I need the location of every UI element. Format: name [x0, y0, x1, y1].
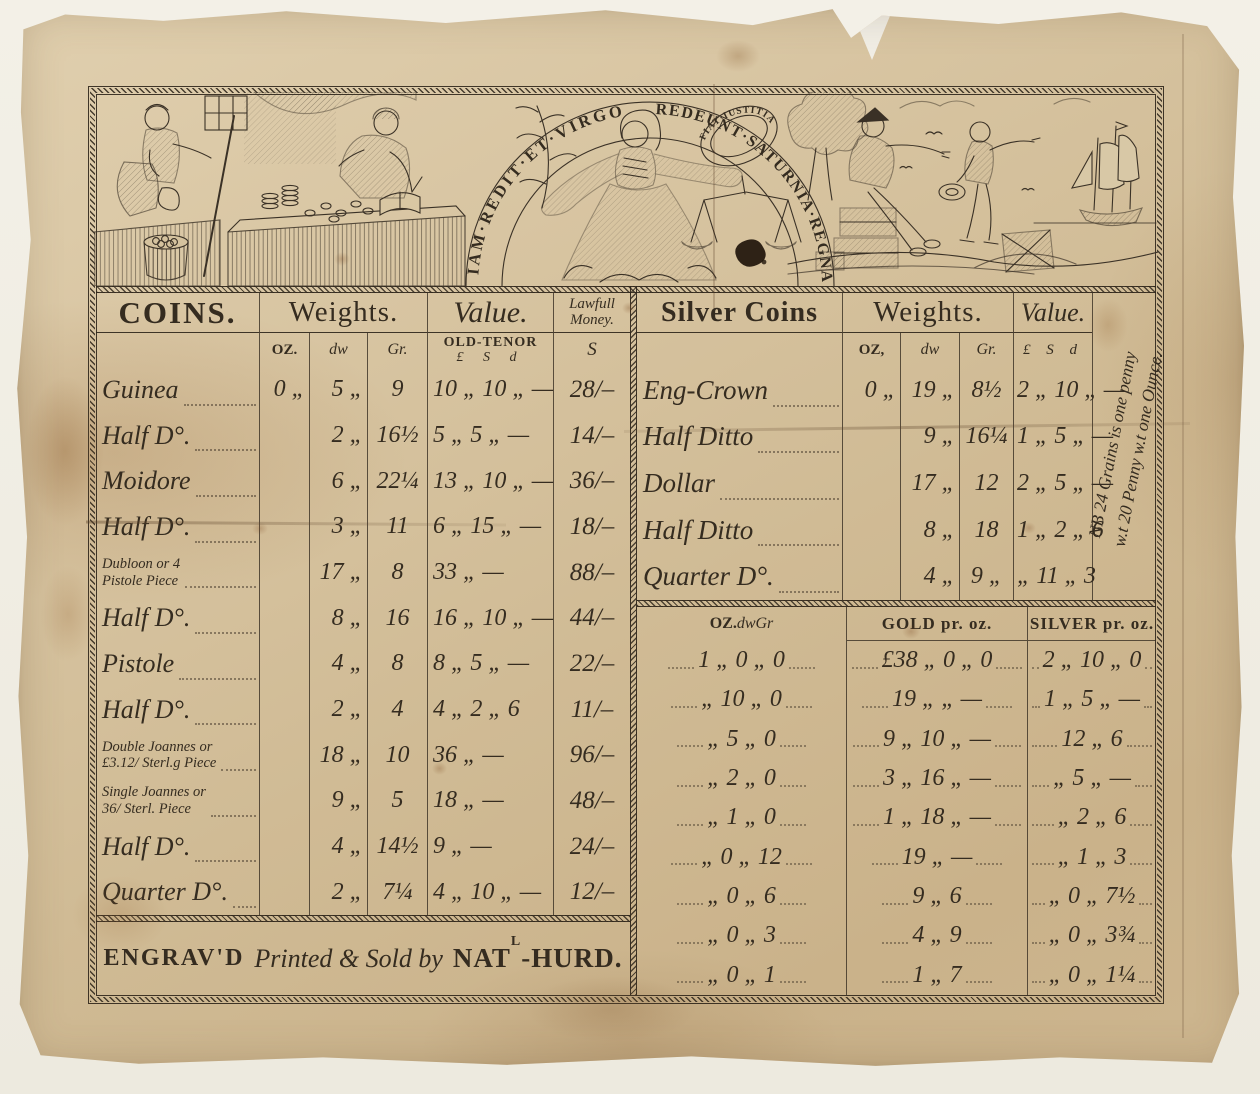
- gr-cell: 14½: [368, 824, 428, 870]
- dotted-leader: [195, 449, 256, 451]
- coin-name: Half D°.: [102, 697, 190, 723]
- oz-column-label: OZ,: [843, 333, 901, 367]
- dw-cell: 8 „: [310, 595, 368, 641]
- table-row: Half D°. 8 „ 16 16 „ 10 „ — 44/–: [96, 595, 630, 641]
- value-cell: 4 „ 10 „ —: [428, 869, 554, 915]
- oz-cell: 0 „: [843, 367, 901, 414]
- ship-icon: [1034, 122, 1156, 226]
- table-row: Half D°. 3 „ 11 6 „ 15 „ — 18/–: [96, 504, 630, 550]
- counting-table: [228, 185, 465, 286]
- dw-cell: 17 „: [901, 460, 960, 507]
- weight-columns-header: OZ. dw Gr: [637, 607, 847, 641]
- gr-cell: 18: [960, 507, 1014, 554]
- gr-cell: 16: [368, 595, 428, 641]
- oz-cell: [260, 732, 310, 778]
- shilling-mark: S: [554, 333, 630, 367]
- dw-cell: 17 „: [310, 550, 368, 596]
- gold-price-cell: 9 „ 10 „ —: [847, 720, 1028, 759]
- old-tenor-label: OLD-TENOR £ S d: [428, 333, 554, 367]
- table-row: „ 1 „ 0 1 „ 18 „ — „ 2 „ 6: [637, 798, 1156, 837]
- gr-column-label: Gr: [756, 615, 774, 633]
- weight-cell: „ 10 „ 0: [637, 680, 847, 719]
- coin-name-line2: 36/ Sterl. Piece: [102, 801, 206, 818]
- coin-name-cell: Quarter D°.: [637, 553, 843, 600]
- dotted-leader: [185, 586, 256, 588]
- dotted-leader: [773, 405, 839, 407]
- merchant-scene: [94, 92, 465, 286]
- divider-under-scene: [96, 286, 1156, 293]
- imprint-engraved: ENGRAV'D: [103, 945, 244, 972]
- gr-cell: 7¼: [368, 869, 428, 915]
- arch-scene: [466, 95, 834, 286]
- gold-price-cell: 1 „ 7: [847, 956, 1028, 995]
- table-row: „ 0 „ 6 9 „ 6 „ 0 „ 7½: [637, 877, 1156, 916]
- dw-cell: 2 „: [310, 869, 368, 915]
- gold-price-cell: 19 „ „ —: [847, 680, 1028, 719]
- coin-name-cell: Dollar: [637, 460, 843, 507]
- gr-cell: 11: [368, 504, 428, 550]
- table-row: Quarter D°. 2 „ 7¼ 4 „ 10 „ — 12/–: [96, 869, 630, 915]
- paper-sheet: IAM·REDIT·ET·VIRGO REDEUNT·SATURNIA·REGN…: [16, 6, 1244, 1068]
- lawfull-money-cell: 11/–: [554, 687, 630, 733]
- weight-cell: „ 5 „ 0: [637, 720, 847, 759]
- gold-price-cell: 19 „ —: [847, 838, 1028, 877]
- dotted-leader: [195, 723, 256, 725]
- coin-name: Pistole: [102, 651, 174, 677]
- lawfull-money-cell: 36/–: [554, 458, 630, 504]
- coin-stacks: [262, 185, 298, 208]
- lawfull-money-cell: 14/–: [554, 413, 630, 459]
- table-row: 1 „ 0 „ 0 £38 „ 0 „ 0 2 „ 10 „ 0: [637, 641, 1156, 680]
- dw-cell: 4 „: [310, 641, 368, 687]
- gr-cell: 9: [368, 367, 428, 413]
- gr-cell: 9 „: [960, 553, 1014, 600]
- lawfull-line1: Lawfull: [569, 297, 615, 313]
- oz-cell: [260, 504, 310, 550]
- table-row: Half D°. 2 „ 4 4 „ 2 „ 6 11/–: [96, 687, 630, 733]
- silver-table-header: Silver Coins Weights. Value.: [637, 293, 1092, 333]
- gr-cell: 12: [960, 460, 1014, 507]
- table-row: Half Ditto 9 „ 16¼ 1 „ 5 „ —: [637, 414, 1092, 461]
- oz-cell: [843, 553, 901, 600]
- dotted-leader: [179, 678, 256, 680]
- value-cell: 9 „ —: [428, 824, 554, 870]
- coin-name: Eng-Crown: [643, 375, 768, 406]
- value-cell: 33 „ —: [428, 550, 554, 596]
- gr-cell: 10: [368, 732, 428, 778]
- scan-backdrop: IAM·REDIT·ET·VIRGO REDEUNT·SATURNIA·REGN…: [0, 0, 1260, 1094]
- paper-tear: [844, 6, 894, 60]
- oz-cell: [260, 458, 310, 504]
- dw-column-label: dw: [901, 333, 960, 367]
- coin-name: Double Joannes or: [102, 739, 216, 756]
- value-cell: 8 „ 5 „ —: [428, 641, 554, 687]
- gold-coins-table: COINS. Weights. Value. Lawfull Money. OZ…: [96, 293, 630, 915]
- silver-value-header: Value.: [1014, 293, 1092, 333]
- coin-name-cell: Quarter D°.: [96, 869, 260, 915]
- table-row: Half D°. 4 „ 14½ 9 „ — 24/–: [96, 824, 630, 870]
- coin-name-line2: Pistole Piece: [102, 573, 180, 590]
- dw-cell: 3 „: [310, 504, 368, 550]
- oz-cell: [260, 550, 310, 596]
- dw-cell: 9 „: [310, 778, 368, 824]
- table-row: „ 10 „ 0 19 „ „ — 1 „ 5 „ —: [637, 680, 1156, 719]
- lawfull-money-cell: 48/–: [554, 778, 630, 824]
- clerk-figure: [339, 108, 422, 198]
- imprint-name-pre: NAT: [453, 943, 511, 973]
- scales-icon: [682, 176, 801, 249]
- price-table-header: OZ. dw Gr GOLD pr. oz. SILVER pr. oz.: [637, 607, 1156, 641]
- oz-cell: [260, 413, 310, 459]
- table-row: Guinea 0 „ 5 „ 9 10 „ 10 „ — 28/–: [96, 367, 630, 413]
- oz-cell: [843, 460, 901, 507]
- money-bag: [158, 188, 179, 210]
- table-row: Half Ditto 8 „ 18 1 „ 2 „ 6: [637, 507, 1092, 554]
- dw-cell: 4 „: [901, 553, 960, 600]
- coin-barrel: [144, 235, 188, 280]
- coin-name-cell: Half Ditto: [637, 507, 843, 554]
- value-header: Value.: [428, 293, 554, 333]
- lawfull-money-cell: 96/–: [554, 732, 630, 778]
- table-row: Eng-Crown 0 „ 19 „ 8½ 2 „ 10 „ —: [637, 367, 1092, 414]
- weight-cell: 1 „ 0 „ 0: [637, 641, 847, 680]
- weight-cell: „ 2 „ 0: [637, 759, 847, 798]
- table-row: Moidore 6 „ 22¼ 13 „ 10 „ — 36/–: [96, 458, 630, 504]
- weight-cell: „ 0 „ 1: [637, 956, 847, 995]
- table-row: „ 0 „ 1 1 „ 7 „ 0 „ 1¼: [637, 956, 1156, 995]
- coin-name: Guinea: [102, 377, 179, 403]
- oz-cell: 0 „: [260, 367, 310, 413]
- table-row: Half D°. 2 „ 16½ 5 „ 5 „ — 14/–: [96, 413, 630, 459]
- lawfull-money-cell: 44/–: [554, 595, 630, 641]
- coin-name-cell: Moidore: [96, 458, 260, 504]
- coin-name: Single Joannes or: [102, 784, 206, 801]
- table-row: Double Joannes or£3.12/ Sterl.g Piece 18…: [96, 732, 630, 778]
- oz-cell: [260, 687, 310, 733]
- weight-cell: „ 0 „ 3: [637, 916, 847, 955]
- table-row: Dubloon or 4Pistole Piece 17 „ 8 33 „ — …: [96, 550, 630, 596]
- dw-cell: 19 „: [901, 367, 960, 414]
- oz-cell: [260, 824, 310, 870]
- oz-cell: [260, 595, 310, 641]
- silver-price-cell: 12 „ 6: [1028, 720, 1156, 759]
- dw-cell: 5 „: [310, 367, 368, 413]
- coins-title: COINS.: [96, 293, 260, 333]
- coin-name-cell: Double Joannes or£3.12/ Sterl.g Piece: [96, 732, 260, 778]
- coin-name: Dollar: [643, 468, 715, 499]
- coin-name-cell: Half Ditto: [637, 414, 843, 461]
- gr-cell: 22¼: [368, 458, 428, 504]
- silver-price-cell: „ 0 „ 7½: [1028, 877, 1156, 916]
- gold-table-subheader: OZ. dw Gr. OLD-TENOR £ S d S: [96, 333, 630, 367]
- imprint-name-post: -HURD.: [521, 943, 622, 973]
- dw-cell: 18 „: [310, 732, 368, 778]
- value-cell: 1 „ 5 „ —: [1014, 414, 1092, 461]
- grains-note-column: NB 24 Grains is one penny w.t 20 Penny w…: [1092, 293, 1156, 600]
- divider-above-imprint: [96, 915, 630, 922]
- coin-name: Quarter D°.: [102, 879, 228, 905]
- weight-cell: „ 0 „ 12: [637, 838, 847, 877]
- weight-cell: „ 1 „ 0: [637, 798, 847, 837]
- coin-name-cell: Guinea: [96, 367, 260, 413]
- coin-name-line2: £3.12/ Sterl.g Piece: [102, 755, 216, 772]
- subheader-spacer: [96, 333, 260, 367]
- dw-cell: 2 „: [310, 687, 368, 733]
- coin-name-cell: Half D°.: [96, 595, 260, 641]
- dw-cell: 6 „: [310, 458, 368, 504]
- gr-column-label: Gr.: [368, 333, 428, 367]
- silver-price-cell: „ 2 „ 6: [1028, 798, 1156, 837]
- imprint-name: NATL-HURD.: [453, 943, 623, 974]
- gr-cell: 8: [368, 641, 428, 687]
- silver-table-subheader: OZ, dw Gr. £ S d: [637, 333, 1092, 367]
- gr-cell: 16¼: [960, 414, 1014, 461]
- loose-coins: [305, 201, 373, 222]
- hat: [939, 184, 965, 200]
- silver-price-cell: 1 „ 5 „ —: [1028, 680, 1156, 719]
- coin-name-cell: Half D°.: [96, 413, 260, 459]
- oz-cell: [260, 778, 310, 824]
- value-cell: 4 „ 2 „ 6: [428, 687, 554, 733]
- silver-price-cell: „ 0 „ 1¼: [1028, 956, 1156, 995]
- oz-cell: [843, 414, 901, 461]
- value-cell: 18 „ —: [428, 778, 554, 824]
- dotted-leader: [195, 541, 256, 543]
- dotted-leader: [758, 451, 839, 453]
- gold-price-header: GOLD pr. oz.: [847, 607, 1028, 641]
- gr-cell: 4: [368, 687, 428, 733]
- price-per-ounce-table: OZ. dw Gr GOLD pr. oz. SILVER pr. oz. 1 …: [637, 607, 1156, 995]
- value-cell: 16 „ 10 „ —: [428, 595, 554, 641]
- dw-cell: 2 „: [310, 413, 368, 459]
- lawfull-money-cell: 88/–: [554, 550, 630, 596]
- table-row: „ 0 „ 12 19 „ — „ 1 „ 3: [637, 838, 1156, 877]
- oz-column-label: OZ.: [260, 333, 310, 367]
- gold-price-cell: 3 „ 16 „ —: [847, 759, 1028, 798]
- divider-center-vertical: [630, 286, 637, 995]
- weight-cell: „ 0 „ 6: [637, 877, 847, 916]
- coin-name: Half Ditto: [643, 515, 753, 546]
- gold-price-cell: 1 „ 18 „ —: [847, 798, 1028, 837]
- engraver-imprint: ENGRAV'D Printed & Sold by NATL-HURD.: [96, 922, 630, 995]
- coin-name: Quarter D°.: [643, 561, 774, 592]
- gr-cell: 16½: [368, 413, 428, 459]
- subheader-spacer: [637, 333, 843, 367]
- silver-coins-title: Silver Coins: [637, 293, 843, 333]
- cargo-bale: [1002, 230, 1054, 272]
- table-row: Quarter D°. 4 „ 9 „ „ 11 „ 3: [637, 553, 1092, 600]
- gold-price-cell: £38 „ 0 „ 0: [847, 641, 1028, 680]
- dotted-leader: [779, 591, 839, 593]
- trade-scene: [788, 92, 1158, 274]
- dotted-leader: [233, 906, 256, 908]
- dw-cell: 8 „: [901, 507, 960, 554]
- oz-cell: [260, 869, 310, 915]
- sailor-boy: [939, 122, 1040, 244]
- silver-price-cell: „ 1 „ 3: [1028, 838, 1156, 877]
- table-row: „ 5 „ 0 9 „ 10 „ — 12 „ 6: [637, 720, 1156, 759]
- coin-name-cell: Half D°.: [96, 504, 260, 550]
- silver-price-header: SILVER pr. oz.: [1028, 607, 1156, 641]
- stain: [716, 40, 760, 72]
- coin-name-cell: Half D°.: [96, 687, 260, 733]
- silver-table-body: Eng-Crown 0 „ 19 „ 8½ 2 „ 10 „ — Half Di…: [637, 367, 1092, 600]
- gr-cell: 8: [368, 550, 428, 596]
- gr-column-label: Gr.: [960, 333, 1014, 367]
- lawfull-money-cell: 22/–: [554, 641, 630, 687]
- value-cell: 2 „ 10 „ —: [1014, 367, 1092, 414]
- gold-table-body: Guinea 0 „ 5 „ 9 10 „ 10 „ — 28/–: [96, 367, 630, 915]
- silver-price-cell: „ 5 „ —: [1028, 759, 1156, 798]
- gr-cell: 5: [368, 778, 428, 824]
- dotted-leader: [758, 544, 839, 546]
- silver-price-cell: „ 0 „ 3¾: [1028, 916, 1156, 955]
- gold-table-header: COINS. Weights. Value. Lawfull Money.: [96, 293, 630, 333]
- gr-cell: 8½: [960, 367, 1014, 414]
- dotted-leader: [195, 860, 256, 862]
- gold-price-cell: 9 „ 6: [847, 877, 1028, 916]
- imprint-name-superscript: L: [511, 934, 521, 949]
- table-row: „ 2 „ 0 3 „ 16 „ — „ 5 „ —: [637, 759, 1156, 798]
- oz-cell: [843, 507, 901, 554]
- coin-name: Half D°.: [102, 514, 190, 540]
- coin-name: Moidore: [102, 468, 191, 494]
- coin-name-cell: Single Joannes or36/ Sterl. Piece: [96, 778, 260, 824]
- imprint-script: Printed & Sold by: [254, 944, 442, 974]
- dw-cell: 9 „: [901, 414, 960, 461]
- coin-name-cell: Eng-Crown: [637, 367, 843, 414]
- quill-pen: [412, 177, 422, 192]
- silver-price-cell: 2 „ 10 „ 0: [1028, 641, 1156, 680]
- engraved-plate: IAM·REDIT·ET·VIRGO REDEUNT·SATURNIA·REGN…: [88, 86, 1164, 1004]
- dotted-leader: [196, 495, 256, 497]
- dotted-leader: [221, 769, 256, 771]
- value-cell: 13 „ 10 „ —: [428, 458, 554, 504]
- table-row: Dollar 17 „ 12 2 „ 5 „ —: [637, 460, 1092, 507]
- coin-name: Dubloon or 4: [102, 556, 180, 573]
- value-cell: 5 „ 5 „ —: [428, 413, 554, 459]
- dw-column-label: dw: [310, 333, 368, 367]
- silver-weights-header: Weights.: [843, 293, 1014, 333]
- old-tenor-text: OLD-TENOR: [444, 336, 538, 350]
- lawfull-money-cell: 12/–: [554, 869, 630, 915]
- lsd-label: £ S d: [1014, 334, 1092, 367]
- table-row: Single Joannes or36/ Sterl. Piece 9 „ 5 …: [96, 778, 630, 824]
- table-row: „ 0 „ 3 4 „ 9 „ 0 „ 3¾: [637, 916, 1156, 955]
- oz-column-label: OZ.: [710, 615, 737, 633]
- dw-cell: 4 „: [310, 824, 368, 870]
- lawfull-line2: Money.: [570, 313, 614, 329]
- coin-name-cell: Dubloon or 4Pistole Piece: [96, 550, 260, 596]
- table-row: Pistole 4 „ 8 8 „ 5 „ — 22/–: [96, 641, 630, 687]
- value-cell: 2 „ 5 „ —: [1014, 460, 1092, 507]
- coin-name: Half D°.: [102, 423, 190, 449]
- gold-price-cell: 4 „ 9: [847, 916, 1028, 955]
- lawfull-money-cell: 18/–: [554, 504, 630, 550]
- coin-name: Half Ditto: [643, 421, 753, 452]
- silver-coins-table: Silver Coins Weights. Value. OZ, dw Gr. …: [637, 293, 1092, 600]
- lawfull-money-cell: 24/–: [554, 824, 630, 870]
- coin-name-cell: Half D°.: [96, 824, 260, 870]
- lawfull-money-cell: 28/–: [554, 367, 630, 413]
- dotted-leader: [211, 815, 256, 817]
- lsd-label: £ S d: [457, 351, 525, 365]
- dotted-leader: [720, 498, 839, 500]
- dotted-leader: [195, 632, 256, 634]
- dotted-leader: [184, 404, 256, 406]
- value-cell: 6 „ 15 „ —: [428, 504, 554, 550]
- fold-crease: [1182, 34, 1184, 1038]
- dw-column-label: dw: [737, 615, 756, 633]
- lawfull-money-header: Lawfull Money.: [554, 293, 630, 333]
- value-cell: 10 „ 10 „ —: [428, 367, 554, 413]
- coin-name: Half D°.: [102, 605, 190, 631]
- oz-cell: [260, 641, 310, 687]
- price-table-body: 1 „ 0 „ 0 £38 „ 0 „ 0 2 „ 10 „ 0 „ 10 „ …: [637, 641, 1156, 995]
- weights-header: Weights.: [260, 293, 428, 333]
- coin-name-cell: Pistole: [96, 641, 260, 687]
- value-cell: 36 „ —: [428, 732, 554, 778]
- engraving-scene: IAM·REDIT·ET·VIRGO REDEUNT·SATURNIA·REGN…: [94, 92, 1158, 286]
- coin-name: Half D°.: [102, 834, 190, 860]
- ink-blot: [735, 239, 766, 266]
